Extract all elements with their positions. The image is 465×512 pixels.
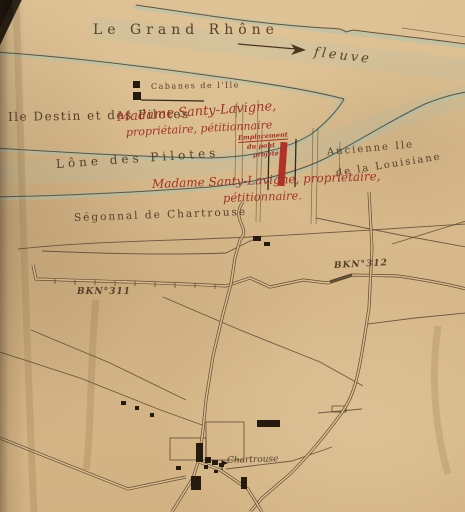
owner2-line2-label: pétitionnaire. <box>223 188 302 205</box>
village-label: Chartrouse <box>227 454 279 466</box>
field-lines <box>0 218 465 469</box>
cabanes-label: Cabanes de l'Ile <box>151 80 240 91</box>
river-name-label: Le Grand Rhône <box>93 22 279 38</box>
map-drawing-layer <box>0 0 465 512</box>
benchmark-311-label: BKN°311 <box>77 287 131 297</box>
map-photo: Le Grand Rhône fleuve Cabanes de l'Ile I… <box>0 0 465 512</box>
bkn-road <box>33 265 465 289</box>
